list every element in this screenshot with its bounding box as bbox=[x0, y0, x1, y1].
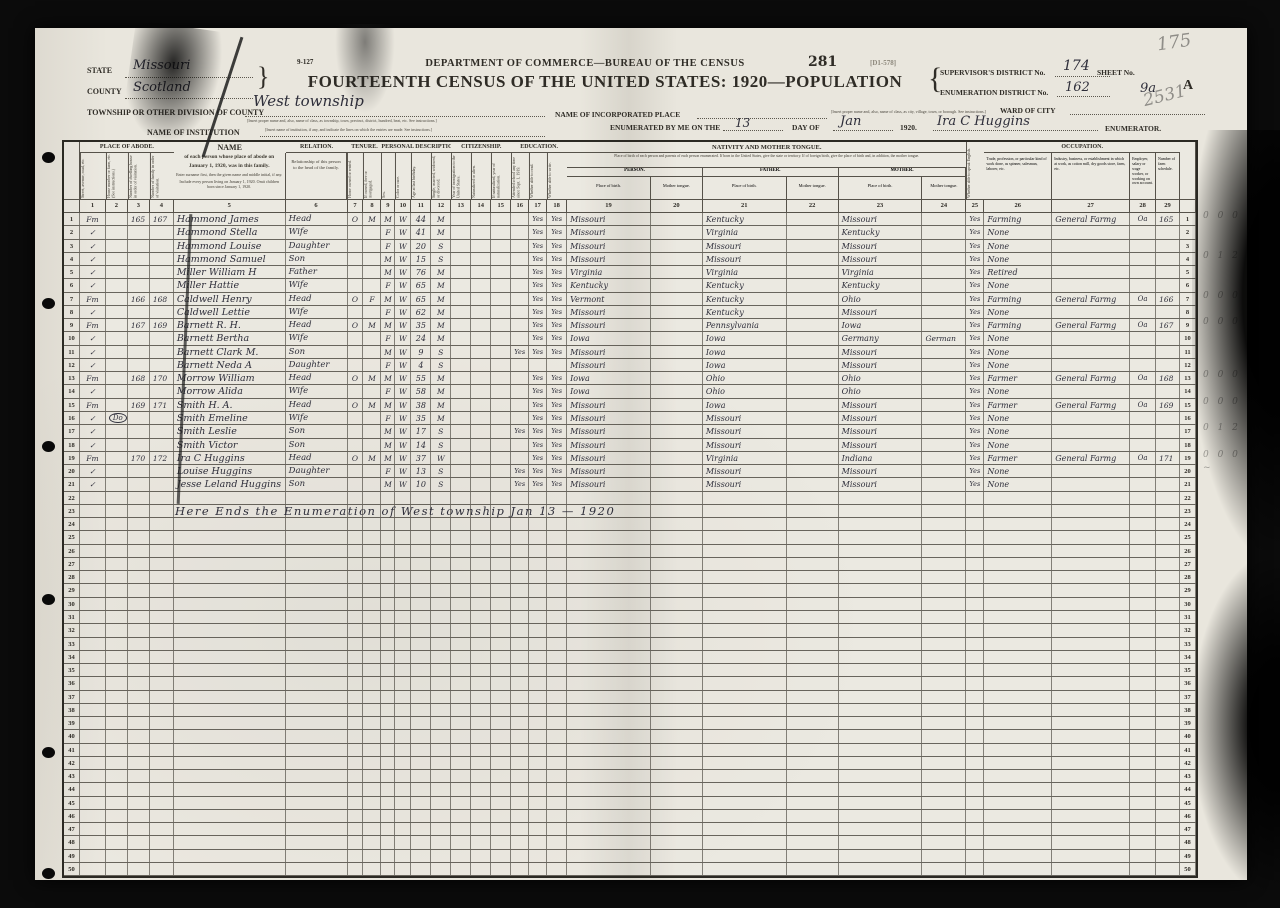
cell-r1-c13 bbox=[451, 213, 471, 225]
cell-r19-c14 bbox=[471, 452, 491, 464]
cell-r44-c24 bbox=[922, 783, 966, 795]
cell-r43-c10 bbox=[395, 770, 411, 782]
cell-r16-c9: F bbox=[381, 412, 395, 424]
cell-r19-c21: Virginia bbox=[703, 452, 787, 464]
cell-r21-c8 bbox=[363, 478, 381, 490]
scanned-census-sheet: 9-127 STATE Missouri } COUNTY Scotland T… bbox=[0, 0, 1280, 908]
cell-r32-c2 bbox=[106, 624, 128, 636]
cell-r29-c20 bbox=[651, 584, 703, 596]
cell-r45-c11 bbox=[411, 797, 431, 809]
pencil-mark: 0 0 0 bbox=[1203, 211, 1241, 221]
cell-r4-c12: S bbox=[431, 253, 451, 265]
cell-r22-c14 bbox=[471, 492, 491, 504]
cell-r2-c23: Kentucky bbox=[839, 226, 923, 238]
column-group: EDUCATION.Attended school any time since… bbox=[511, 142, 567, 199]
cell-r48-c13 bbox=[451, 836, 471, 848]
cell-r25-c12 bbox=[431, 531, 451, 543]
table-row: 3232 bbox=[64, 624, 1196, 637]
cell-r31-c1 bbox=[80, 611, 106, 623]
cell-r4-c9: M bbox=[381, 253, 395, 265]
cell-r10-c8 bbox=[363, 332, 381, 344]
cell-r36-c9 bbox=[381, 677, 395, 689]
cell-r25-c14 bbox=[471, 531, 491, 543]
column-group: OCCUPATION.Trade, profession, or particu… bbox=[984, 142, 1180, 199]
cell-r29-c11 bbox=[411, 584, 431, 596]
cell-r7-c11: 65 bbox=[411, 293, 431, 305]
binder-hole bbox=[42, 868, 55, 879]
cell-r45-c29 bbox=[1156, 797, 1180, 809]
cell-r10-c19: Iowa bbox=[567, 332, 651, 344]
cell-r43-c24 bbox=[922, 770, 966, 782]
cell-r50-c25 bbox=[966, 863, 984, 875]
cell-r50-c27 bbox=[1052, 863, 1130, 875]
cell-r46-c18 bbox=[547, 810, 567, 822]
cell-r8-c19: Missouri bbox=[567, 306, 651, 318]
table-row: 4848 bbox=[64, 836, 1196, 849]
cell-r36-c25 bbox=[966, 677, 984, 689]
cell-r42-c11 bbox=[411, 757, 431, 769]
cell-r1-c29: 165 bbox=[1156, 213, 1180, 225]
cell-r45-c7 bbox=[348, 797, 364, 809]
cell-r45-c3 bbox=[128, 797, 150, 809]
cell-r45-c10 bbox=[395, 797, 411, 809]
cell-r43-c2 bbox=[106, 770, 128, 782]
cell-r1-c23: Missouri bbox=[839, 213, 923, 225]
cell-r49-c4 bbox=[150, 850, 174, 862]
cell-r26-c8 bbox=[363, 545, 381, 557]
cell-r5-c16 bbox=[511, 266, 529, 278]
cell-r11-c9: M bbox=[381, 346, 395, 358]
cell-r40-c24 bbox=[922, 730, 966, 742]
cell-r34-c3 bbox=[128, 651, 150, 663]
cell-r14-c14 bbox=[471, 385, 491, 397]
cell-r34-c21 bbox=[703, 651, 787, 663]
cell-r27-c17 bbox=[529, 558, 547, 570]
cell-r16-c6: Wife bbox=[286, 412, 348, 424]
cell-r19-c18: Yes bbox=[547, 452, 567, 464]
cell-r32-c12 bbox=[431, 624, 451, 636]
ward-line bbox=[1070, 114, 1205, 115]
cell-r27-c4 bbox=[150, 558, 174, 570]
cell-r20-c23: Missouri bbox=[839, 465, 923, 477]
cell-r24-c27 bbox=[1052, 518, 1130, 530]
cell-r30-c25 bbox=[966, 598, 984, 610]
cell-r29-c19 bbox=[567, 584, 651, 596]
table-row: 7Fm166168Caldwell HenryHeadOFMW65MYesYes… bbox=[64, 293, 1196, 306]
cell-r25-c21 bbox=[703, 531, 787, 543]
cell-r24-c28 bbox=[1130, 518, 1156, 530]
cell-r47-c3 bbox=[128, 823, 150, 835]
pencil-sheet-number: 175 bbox=[1156, 30, 1193, 56]
cell-r33-c21 bbox=[703, 638, 787, 650]
cell-r43-c21 bbox=[703, 770, 787, 782]
cell-r42-c14 bbox=[471, 757, 491, 769]
cell-r31-c9 bbox=[381, 611, 395, 623]
cell-r16-c19: Missouri bbox=[567, 412, 651, 424]
cell-r16-c22 bbox=[787, 412, 839, 424]
cell-r19-c5: Ira C Huggins bbox=[174, 452, 286, 464]
cell-r19-c9: M bbox=[381, 452, 395, 464]
cell-r1-c12: M bbox=[431, 213, 451, 225]
cell-r45-c13 bbox=[451, 797, 471, 809]
cell-r4-c26: None bbox=[984, 253, 1052, 265]
cell-r27-c23 bbox=[839, 558, 923, 570]
cell-r31-c6 bbox=[286, 611, 348, 623]
cell-r31-c20 bbox=[651, 611, 703, 623]
cell-r44-c10 bbox=[395, 783, 411, 795]
cell-r2-c22 bbox=[787, 226, 839, 238]
cell-r28-c15 bbox=[491, 571, 511, 583]
cell-r12-c15 bbox=[491, 359, 511, 371]
cell-r36-c21 bbox=[703, 677, 787, 689]
cell-r13-c9: M bbox=[381, 372, 395, 384]
cell-r38-c5 bbox=[174, 704, 286, 716]
cell-r3-c12: S bbox=[431, 240, 451, 252]
cell-r29-c9 bbox=[381, 584, 395, 596]
cell-r48-c6 bbox=[286, 836, 348, 848]
signature-line bbox=[933, 130, 1098, 131]
cell-r11-c8 bbox=[363, 346, 381, 358]
cell-r43-c23 bbox=[839, 770, 923, 782]
cell-r3-c23: Missouri bbox=[839, 240, 923, 252]
cell-r3-c22 bbox=[787, 240, 839, 252]
cell-r23-c1 bbox=[80, 505, 106, 517]
cell-r49-c2 bbox=[106, 850, 128, 862]
cell-r17-c1: ✓ bbox=[80, 425, 106, 437]
cell-r35-c6 bbox=[286, 664, 348, 676]
cell-r1-c21: Kentucky bbox=[703, 213, 787, 225]
cell-r30-c24 bbox=[922, 598, 966, 610]
cell-r8-c11: 62 bbox=[411, 306, 431, 318]
cell-r31-c8 bbox=[363, 611, 381, 623]
cell-r31-c10 bbox=[395, 611, 411, 623]
cell-r49-c18 bbox=[547, 850, 567, 862]
cell-r22-c21 bbox=[703, 492, 787, 504]
cell-r25-c7 bbox=[348, 531, 364, 543]
cell-r14-c10: W bbox=[395, 385, 411, 397]
cell-r33-c22 bbox=[787, 638, 839, 650]
cell-r13-c17: Yes bbox=[529, 372, 547, 384]
enumerated-day: 13 bbox=[735, 116, 750, 130]
cell-r15-c2 bbox=[106, 399, 128, 411]
cell-r10-c22 bbox=[787, 332, 839, 344]
cell-r23-c29 bbox=[1156, 505, 1180, 517]
binder-hole bbox=[42, 152, 55, 163]
cell-r11-c18: Yes bbox=[547, 346, 567, 358]
cell-r39-c25 bbox=[966, 717, 984, 729]
cell-r7-c17: Yes bbox=[529, 293, 547, 305]
cell-r25-c4 bbox=[150, 531, 174, 543]
cell-r1-c15 bbox=[491, 213, 511, 225]
cell-r15-c6: Head bbox=[286, 399, 348, 411]
cell-r34-c19 bbox=[567, 651, 651, 663]
cell-r11-c17: Yes bbox=[529, 346, 547, 358]
cell-r47-c18 bbox=[547, 823, 567, 835]
page-stamp-number: 281 bbox=[808, 54, 837, 70]
cell-r32-c21 bbox=[703, 624, 787, 636]
cell-r17-c15 bbox=[491, 425, 511, 437]
cell-r4-c14 bbox=[471, 253, 491, 265]
cell-r41-c14 bbox=[471, 744, 491, 756]
cell-r6-c15 bbox=[491, 279, 511, 291]
cell-r6-c1: ✓ bbox=[80, 279, 106, 291]
cell-r22-c26 bbox=[984, 492, 1052, 504]
cell-r16-c23: Missouri bbox=[839, 412, 923, 424]
state-label: STATE bbox=[87, 66, 112, 75]
cell-r9-c27: General Farmg bbox=[1052, 319, 1130, 331]
cell-r40-c10 bbox=[395, 730, 411, 742]
cell-r12-c10: W bbox=[395, 359, 411, 371]
cell-r48-c1 bbox=[80, 836, 106, 848]
cell-r47-c1 bbox=[80, 823, 106, 835]
cell-r5-c17: Yes bbox=[529, 266, 547, 278]
cell-r20-c22 bbox=[787, 465, 839, 477]
cell-r41-c7 bbox=[348, 744, 364, 756]
cell-r21-c29 bbox=[1156, 478, 1180, 490]
cell-r36-c18 bbox=[547, 677, 567, 689]
cell-r29-c10 bbox=[395, 584, 411, 596]
cell-r2-c3 bbox=[128, 226, 150, 238]
cell-r15-c18: Yes bbox=[547, 399, 567, 411]
cell-r18-c10: W bbox=[395, 439, 411, 451]
cell-r9-c9: M bbox=[381, 319, 395, 331]
cell-r40-c27 bbox=[1052, 730, 1130, 742]
table-row: 2222 bbox=[64, 492, 1196, 505]
cell-r43-c9 bbox=[381, 770, 395, 782]
cell-r21-c14 bbox=[471, 478, 491, 490]
cell-r28-c7 bbox=[348, 571, 364, 583]
cell-r33-c7 bbox=[348, 638, 364, 650]
cell-r28-c9 bbox=[381, 571, 395, 583]
cell-r33-c18 bbox=[547, 638, 567, 650]
cell-r2-c20 bbox=[651, 226, 703, 238]
cell-r50-c1 bbox=[80, 863, 106, 875]
cell-r40-c6 bbox=[286, 730, 348, 742]
cell-r17-c8 bbox=[363, 425, 381, 437]
cell-r1-c9: M bbox=[381, 213, 395, 225]
cell-r10-c5: Barnett Bertha bbox=[174, 332, 286, 344]
cell-r40-c1 bbox=[80, 730, 106, 742]
cell-r29-c8 bbox=[363, 584, 381, 596]
table-row: 3939 bbox=[64, 717, 1196, 730]
cell-r17-c6: Son bbox=[286, 425, 348, 437]
cell-r6-c28 bbox=[1130, 279, 1156, 291]
cell-r21-c17: Yes bbox=[529, 478, 547, 490]
cell-r28-c24 bbox=[922, 571, 966, 583]
cell-r14-c29 bbox=[1156, 385, 1180, 397]
cell-r18-c9: M bbox=[381, 439, 395, 451]
cell-r37-c28 bbox=[1130, 691, 1156, 703]
cell-r39-c22 bbox=[787, 717, 839, 729]
table-row: 3737 bbox=[64, 691, 1196, 704]
cell-r7-c1: Fm bbox=[80, 293, 106, 305]
cell-r29-c16 bbox=[511, 584, 529, 596]
cell-r34-c17 bbox=[529, 651, 547, 663]
cell-r3-c2 bbox=[106, 240, 128, 252]
cell-r15-c19: Missouri bbox=[567, 399, 651, 411]
cell-r45-c23 bbox=[839, 797, 923, 809]
cell-r30-c19 bbox=[567, 598, 651, 610]
cell-r15-c20 bbox=[651, 399, 703, 411]
cell-r8-c26: None bbox=[984, 306, 1052, 318]
cell-r45-c14 bbox=[471, 797, 491, 809]
cell-r24-c16 bbox=[511, 518, 529, 530]
cell-r12-c9: F bbox=[381, 359, 395, 371]
table-row: 3535 bbox=[64, 664, 1196, 677]
cell-r13-c22 bbox=[787, 372, 839, 384]
cell-r40-c15 bbox=[491, 730, 511, 742]
cell-r46-c2 bbox=[106, 810, 128, 822]
cell-r26-c3 bbox=[128, 545, 150, 557]
cell-r49-c16 bbox=[511, 850, 529, 862]
cell-r34-c26 bbox=[984, 651, 1052, 663]
cell-r37-c8 bbox=[363, 691, 381, 703]
cell-r39-c4 bbox=[150, 717, 174, 729]
cell-r5-c3 bbox=[128, 266, 150, 278]
cell-r35-c22 bbox=[787, 664, 839, 676]
cell-r32-c5 bbox=[174, 624, 286, 636]
cell-r38-c26 bbox=[984, 704, 1052, 716]
cell-r20-c7 bbox=[348, 465, 364, 477]
cell-r25-c17 bbox=[529, 531, 547, 543]
cell-r35-c12 bbox=[431, 664, 451, 676]
cell-r12-c25: Yes bbox=[966, 359, 984, 371]
cell-r6-c4 bbox=[150, 279, 174, 291]
cell-r9-c28: Oa bbox=[1130, 319, 1156, 331]
cell-r46-c5 bbox=[174, 810, 286, 822]
cell-r12-c21: Iowa bbox=[703, 359, 787, 371]
cell-r11-c12: S bbox=[431, 346, 451, 358]
cell-r49-c8 bbox=[363, 850, 381, 862]
supervisor-district-label: SUPERVISOR'S DISTRICT No. bbox=[940, 68, 1045, 77]
cell-r14-c17: Yes bbox=[529, 385, 547, 397]
cell-r7-c12: M bbox=[431, 293, 451, 305]
cell-r39-c9 bbox=[381, 717, 395, 729]
cell-r37-c3 bbox=[128, 691, 150, 703]
cell-r31-c24 bbox=[922, 611, 966, 623]
cell-r40-c17 bbox=[529, 730, 547, 742]
cell-r29-c7 bbox=[348, 584, 364, 596]
cell-r44-c25 bbox=[966, 783, 984, 795]
cell-r12-c3 bbox=[128, 359, 150, 371]
cell-r1-c7: O bbox=[348, 213, 364, 225]
cell-r5-c18: Yes bbox=[547, 266, 567, 278]
cell-r41-c21 bbox=[703, 744, 787, 756]
cell-r24-c5 bbox=[174, 518, 286, 530]
cell-r43-c20 bbox=[651, 770, 703, 782]
cell-r33-c11 bbox=[411, 638, 431, 650]
cell-r50-c23 bbox=[839, 863, 923, 875]
cell-r6-c19: Kentucky bbox=[567, 279, 651, 291]
cell-r7-c15 bbox=[491, 293, 511, 305]
cell-r13-c11: 55 bbox=[411, 372, 431, 384]
cell-r23-c2 bbox=[106, 505, 128, 517]
cell-r5-c22 bbox=[787, 266, 839, 278]
cell-r15-c9: M bbox=[381, 399, 395, 411]
cell-r47-c7 bbox=[348, 823, 364, 835]
cell-r5-c11: 76 bbox=[411, 266, 431, 278]
cell-r41-c12 bbox=[431, 744, 451, 756]
cell-r26-c24 bbox=[922, 545, 966, 557]
cell-r28-c3 bbox=[128, 571, 150, 583]
cell-r18-c6: Son bbox=[286, 439, 348, 451]
cell-r15-c28: Oa bbox=[1130, 399, 1156, 411]
cell-r4-c1: ✓ bbox=[80, 253, 106, 265]
cell-r25-c1 bbox=[80, 531, 106, 543]
cell-r33-c6 bbox=[286, 638, 348, 650]
cell-r18-c2 bbox=[106, 439, 128, 451]
cell-r8-c25: Yes bbox=[966, 306, 984, 318]
cell-r46-c29 bbox=[1156, 810, 1180, 822]
cell-r12-c27 bbox=[1052, 359, 1130, 371]
cell-r24-c9 bbox=[381, 518, 395, 530]
cell-r24-c25 bbox=[966, 518, 984, 530]
cell-r9-c24 bbox=[922, 319, 966, 331]
cell-r37-c10 bbox=[395, 691, 411, 703]
cell-r19-c22 bbox=[787, 452, 839, 464]
cell-r43-c7 bbox=[348, 770, 364, 782]
cell-r25-c20 bbox=[651, 531, 703, 543]
cell-r50-c14 bbox=[471, 863, 491, 875]
cell-r46-c20 bbox=[651, 810, 703, 822]
cell-r46-c26 bbox=[984, 810, 1052, 822]
cell-r24-c26 bbox=[984, 518, 1052, 530]
county-line bbox=[125, 98, 253, 99]
binder-hole bbox=[42, 594, 55, 605]
cell-r36-c27 bbox=[1052, 677, 1130, 689]
cell-r10-c17: Yes bbox=[529, 332, 547, 344]
cell-r14-c5: Morrow Alida bbox=[174, 385, 286, 397]
cell-r22-c28 bbox=[1130, 492, 1156, 504]
cell-r48-c28 bbox=[1130, 836, 1156, 848]
binder-hole bbox=[42, 441, 55, 452]
cell-r12-c2 bbox=[106, 359, 128, 371]
cell-r2-c7 bbox=[348, 226, 364, 238]
cell-r26-c26 bbox=[984, 545, 1052, 557]
cell-r12-c8 bbox=[363, 359, 381, 371]
cell-r5-c28 bbox=[1130, 266, 1156, 278]
cell-r50-c19 bbox=[567, 863, 651, 875]
cell-r33-c25 bbox=[966, 638, 984, 650]
ditto-circled: Do bbox=[109, 413, 127, 423]
cell-r10-c21: Iowa bbox=[703, 332, 787, 344]
cell-r39-c18 bbox=[547, 717, 567, 729]
cell-r11-c1: ✓ bbox=[80, 346, 106, 358]
cell-r24-c22 bbox=[787, 518, 839, 530]
cell-r13-c10: W bbox=[395, 372, 411, 384]
cell-r37-c26 bbox=[984, 691, 1052, 703]
cell-r42-c23 bbox=[839, 757, 923, 769]
cell-r50-c2 bbox=[106, 863, 128, 875]
table-row: 3131 bbox=[64, 611, 1196, 624]
cell-r2-c25: Yes bbox=[966, 226, 984, 238]
cell-r3-c14 bbox=[471, 240, 491, 252]
cell-r34-c8 bbox=[363, 651, 381, 663]
cell-r36-c23 bbox=[839, 677, 923, 689]
cell-r17-c12: S bbox=[431, 425, 451, 437]
cell-r30-c20 bbox=[651, 598, 703, 610]
cell-r19-c19: Missouri bbox=[567, 452, 651, 464]
cell-r48-c10 bbox=[395, 836, 411, 848]
cell-r24-c14 bbox=[471, 518, 491, 530]
cell-r32-c28 bbox=[1130, 624, 1156, 636]
cell-r41-c6 bbox=[286, 744, 348, 756]
cell-r40-c8 bbox=[363, 730, 381, 742]
cell-r19-c25: Yes bbox=[966, 452, 984, 464]
cell-r18-c13 bbox=[451, 439, 471, 451]
table-row: 4747 bbox=[64, 823, 1196, 836]
cell-r31-c25 bbox=[966, 611, 984, 623]
